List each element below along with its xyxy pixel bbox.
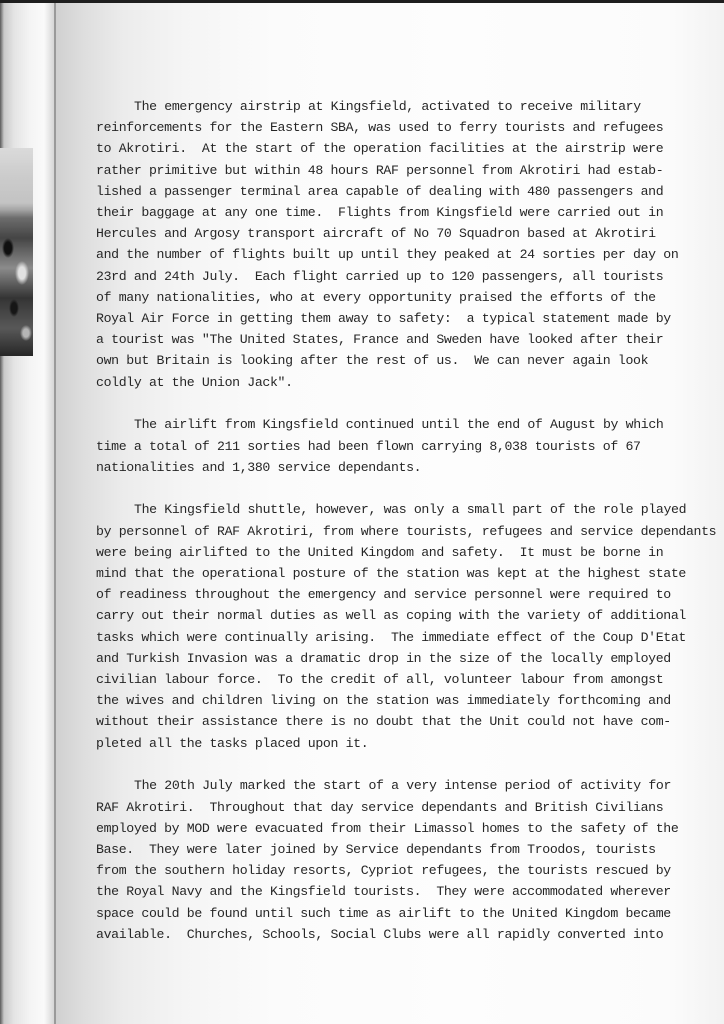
text-line: coldly at the Union Jack". (96, 372, 696, 393)
text-line: own but Britain is looking after the res… (96, 350, 696, 371)
text-line: employed by MOD were evacuated from thei… (96, 818, 696, 839)
text-line: civilian labour force. To the credit of … (96, 669, 696, 690)
text-line: RAF Akrotiri. Throughout that day servic… (96, 797, 696, 818)
paragraph: The Kingsfield shuttle, however, was onl… (96, 499, 696, 753)
text-line: Base. They were later joined by Service … (96, 839, 696, 860)
text-line: Hercules and Argosy transport aircraft o… (96, 223, 696, 244)
text-line: the wives and children living on the sta… (96, 690, 696, 711)
text-line: The 20th July marked the start of a very… (96, 775, 696, 796)
text-line: The airlift from Kingsfield continued un… (96, 414, 696, 435)
text-line: and the number of flights built up until… (96, 244, 696, 265)
scanned-document: The emergency airstrip at Kingsfield, ac… (0, 0, 724, 1024)
paragraph: The 20th July marked the start of a very… (96, 775, 696, 945)
text-line: 23rd and 24th July. Each flight carried … (96, 266, 696, 287)
document-body: The emergency airstrip at Kingsfield, ac… (96, 96, 696, 967)
text-line: and Turkish Invasion was a dramatic drop… (96, 648, 696, 669)
adjacent-page-photo (0, 148, 33, 356)
text-line: of readiness throughout the emergency an… (96, 584, 696, 605)
text-line: nationalities and 1,380 service dependan… (96, 457, 696, 478)
document-page: The emergency airstrip at Kingsfield, ac… (54, 3, 724, 1024)
text-line: mind that the operational posture of the… (96, 563, 696, 584)
text-line: from the southern holiday resorts, Cypri… (96, 860, 696, 881)
text-line: time a total of 211 sorties had been flo… (96, 436, 696, 457)
text-line: rather primitive but within 48 hours RAF… (96, 160, 696, 181)
scan-top-edge (0, 0, 724, 3)
text-line: tasks which were continually arising. Th… (96, 627, 696, 648)
paragraph: The airlift from Kingsfield continued un… (96, 414, 696, 478)
text-line: were being airlifted to the United Kingd… (96, 542, 696, 563)
text-line: lished a passenger terminal area capable… (96, 181, 696, 202)
text-line: reinforcements for the Eastern SBA, was … (96, 117, 696, 138)
text-line: the Royal Navy and the Kingsfield touris… (96, 881, 696, 902)
paragraph: The emergency airstrip at Kingsfield, ac… (96, 96, 696, 393)
text-line: The emergency airstrip at Kingsfield, ac… (96, 96, 696, 117)
text-line: pleted all the tasks placed upon it. (96, 733, 696, 754)
text-line: by personnel of RAF Akrotiri, from where… (96, 521, 696, 542)
text-line: to Akrotiri. At the start of the operati… (96, 138, 696, 159)
text-line: their baggage at any one time. Flights f… (96, 202, 696, 223)
text-line: Royal Air Force in getting them away to … (96, 308, 696, 329)
text-line: of many nationalities, who at every oppo… (96, 287, 696, 308)
text-line: without their assistance there is no dou… (96, 711, 696, 732)
text-line: space could be found until such time as … (96, 903, 696, 924)
text-line: a tourist was "The United States, France… (96, 329, 696, 350)
text-line: carry out their normal duties as well as… (96, 605, 696, 626)
text-line: The Kingsfield shuttle, however, was onl… (96, 499, 696, 520)
text-line: available. Churches, Schools, Social Clu… (96, 924, 696, 945)
adjacent-page-edge (0, 0, 54, 1024)
